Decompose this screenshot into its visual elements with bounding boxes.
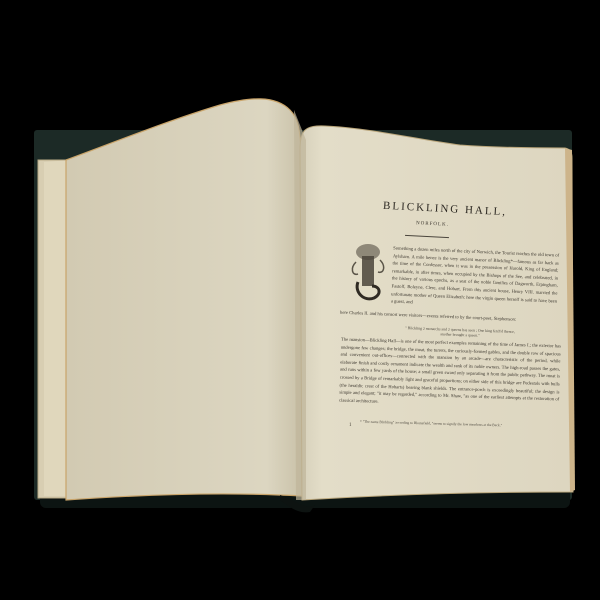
book-photo: BLICKLING HALL, NORFOLK. Something a doz… — [0, 0, 600, 600]
footnote: * "The name Blickling" according to Blom… — [360, 420, 540, 429]
right-page-text: BLICKLING HALL, NORFOLK. Something a doz… — [0, 0, 600, 600]
decorated-initial-s-icon — [348, 242, 390, 304]
intro-continuation: here Charles II. and his consort were vi… — [340, 309, 558, 325]
page-subtitle: NORFOLK. — [416, 221, 449, 228]
main-paragraph: The mansion—Blickling Hall—is one of the… — [339, 336, 561, 411]
page-number: 1 — [349, 423, 352, 428]
title-rule — [405, 235, 449, 238]
page-title: BLICKLING HALL, — [383, 200, 508, 218]
intro-paragraph: Something a dozen miles north of the cit… — [391, 244, 559, 312]
